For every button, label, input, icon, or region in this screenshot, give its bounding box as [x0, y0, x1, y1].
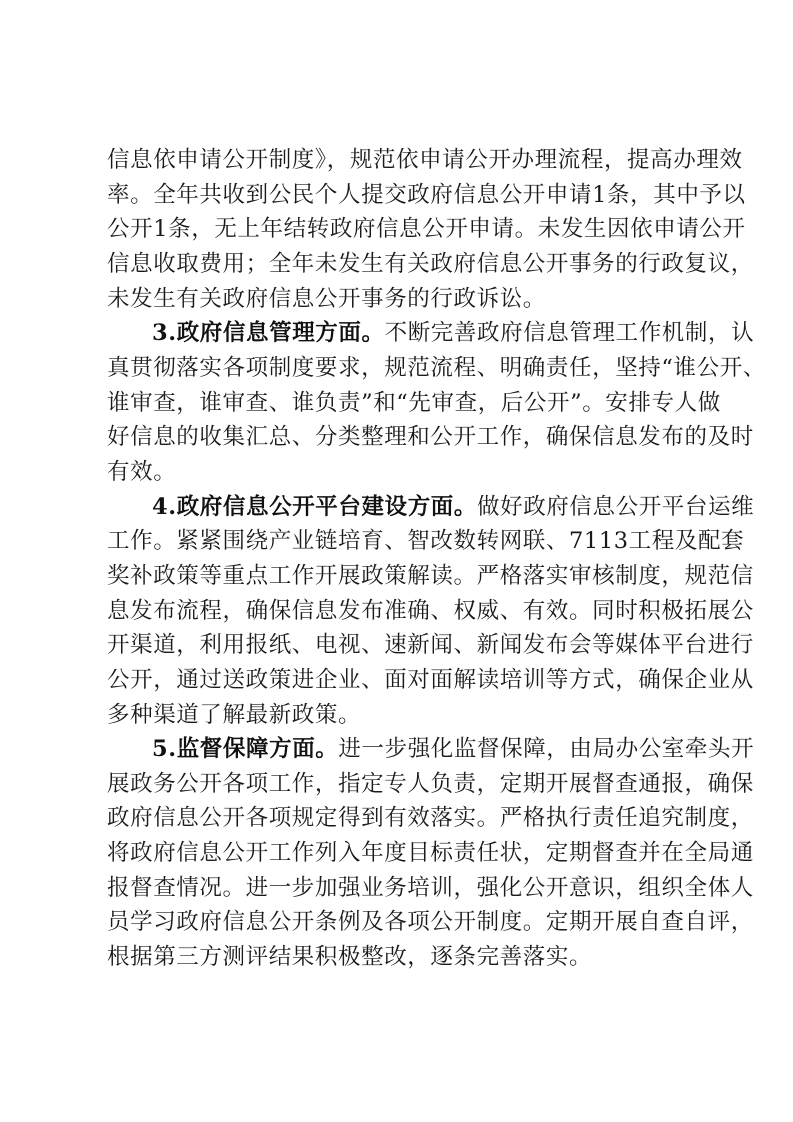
text-line: 公开，通过送政策进企业、面对面解读培训等方式，确保企业从	[107, 663, 691, 698]
text-line: 好信息的收集汇总、分类整理和公开工作，确保信息发布的及时	[107, 420, 691, 455]
text-line: 政府信息公开各项规定得到有效落实。严格执行责任追究制度，	[107, 801, 691, 836]
text-line: 未发生有关政府信息公开事务的行政诉讼。	[107, 282, 691, 317]
document-page: 信息依申请公开制度》，规范依申请公开办理流程，提高办理效 率。全年共收到公民个人…	[107, 143, 691, 975]
text-line: 信息收取费用；全年未发生有关政府信息公开事务的行政复议，	[107, 247, 691, 282]
text-line: 员学习政府信息公开条例及各项公开制度。定期开展自查自评，	[107, 905, 691, 940]
text-line: 真贯彻落实各项制度要求，规范流程、明确责任，坚持“谁公开、	[107, 351, 691, 386]
text-line: 信息依申请公开制度》，规范依申请公开办理流程，提高办理效	[107, 143, 691, 178]
text-line: 根据第三方测评结果积极整改，逐条完善落实。	[107, 940, 691, 975]
paragraph-continuation: 信息依申请公开制度》，规范依申请公开办理流程，提高办理效 率。全年共收到公民个人…	[107, 143, 691, 316]
text-segment: 进一步强化监督保障，由局办公室牵头开	[338, 736, 754, 762]
text-segment: 做好政府信息公开平台运维	[477, 494, 754, 520]
paragraph-section-3: 3.政府信息管理方面。不断完善政府信息管理工作机制，认 真贯彻落实各项制度要求，…	[107, 316, 691, 489]
text-line: 息发布流程，确保信息发布准确、权威、有效。同时积极拓展公	[107, 594, 691, 629]
text-line: 5.监督保障方面。进一步强化监督保障，由局办公室牵头开	[107, 732, 691, 767]
text-line: 有效。	[107, 455, 691, 490]
paragraph-section-4: 4.政府信息公开平台建设方面。做好政府信息公开平台运维 工作。紧紧围绕产业链培育…	[107, 490, 691, 733]
text-line: 多种渠道了解最新政策。	[107, 698, 691, 733]
text-line: 率。全年共收到公民个人提交政府信息公开申请1条，其中予以	[107, 178, 691, 213]
text-line: 报督查情况。进一步加强业务培训，强化公开意识，组织全体人	[107, 871, 691, 906]
section-heading: 3.政府信息管理方面。	[152, 320, 385, 346]
text-line: 开渠道，利用报纸、电视、速新闻、新闻发布会等媒体平台进行	[107, 628, 691, 663]
text-line: 3.政府信息管理方面。不断完善政府信息管理工作机制，认	[107, 316, 691, 351]
text-line: 谁审查，谁审查、谁负责”和“先审查，后公开”。安排专人做	[107, 386, 691, 421]
section-heading: 5.监督保障方面。	[152, 736, 338, 762]
text-line: 将政府信息公开工作列入年度目标责任状，定期督查并在全局通	[107, 836, 691, 871]
section-heading: 4.政府信息公开平台建设方面。	[152, 494, 477, 520]
text-line: 展政务公开各项工作，指定专人负责，定期开展督查通报，确保	[107, 767, 691, 802]
text-segment: 不断完善政府信息管理工作机制，认	[385, 320, 755, 346]
text-line: 工作。紧紧围绕产业链培育、智改数转网联、7113工程及配套	[107, 524, 691, 559]
text-line: 奖补政策等重点工作开展政策解读。严格落实审核制度，规范信	[107, 559, 691, 594]
text-line: 4.政府信息公开平台建设方面。做好政府信息公开平台运维	[107, 490, 691, 525]
paragraph-section-5: 5.监督保障方面。进一步强化监督保障，由局办公室牵头开 展政务公开各项工作，指定…	[107, 732, 691, 975]
text-line: 公开1条，无上年结转政府信息公开申请。未发生因依申请公开	[107, 212, 691, 247]
